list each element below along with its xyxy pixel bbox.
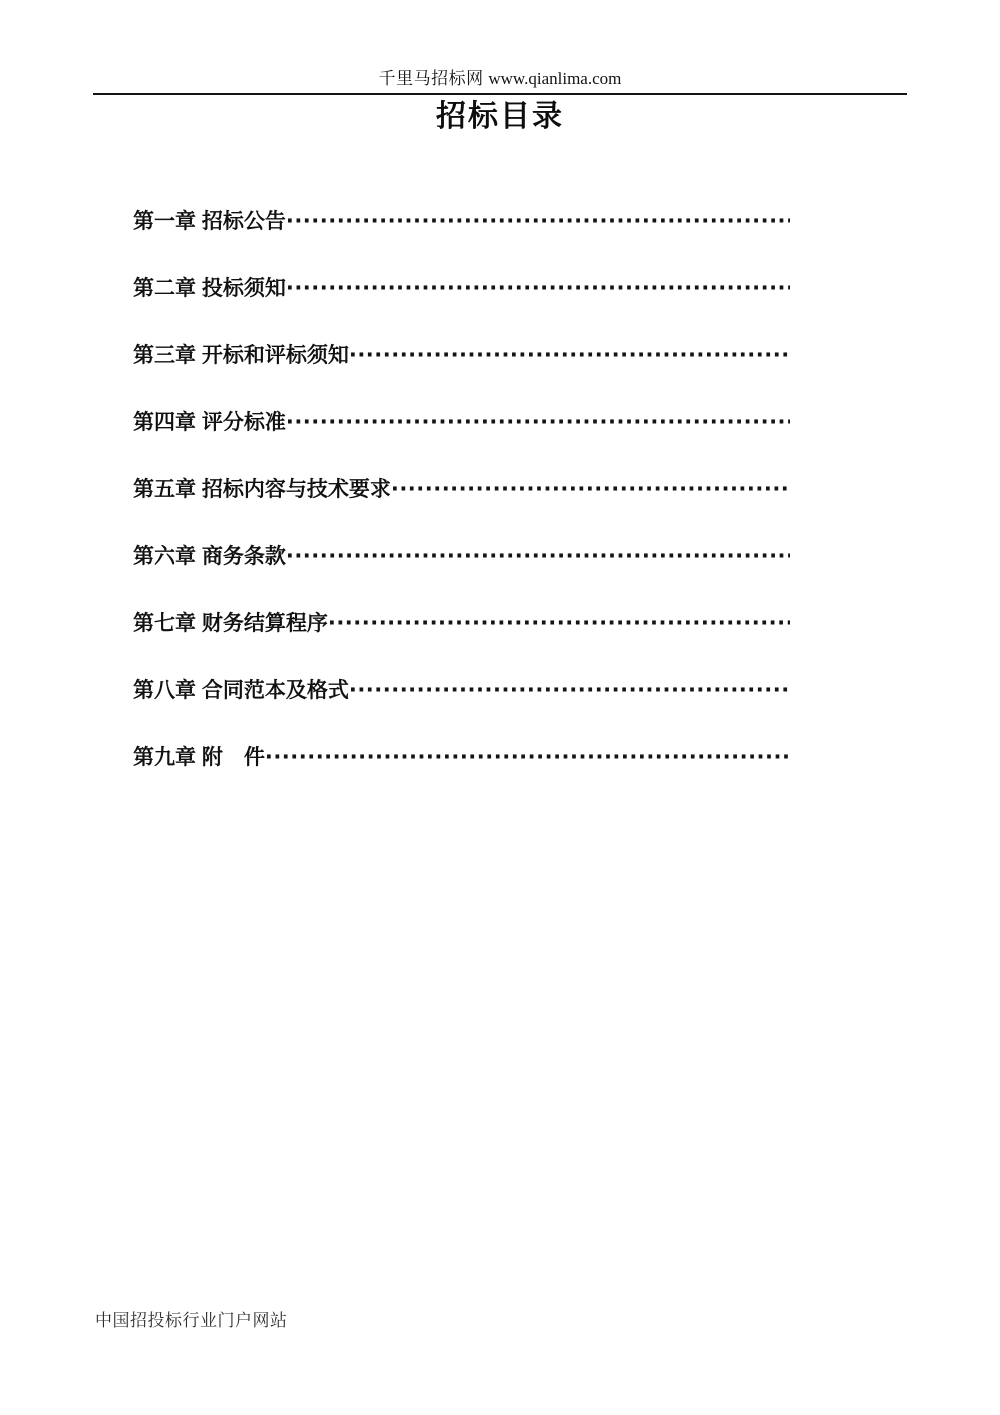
toc-entry-label: 第八章 合同范本及格式 <box>133 679 349 703</box>
toc-entry-label: 第二章 投标须知 <box>133 277 286 301</box>
toc-entry-chapter-5: 第五章 招标内容与技术要求 ··························… <box>133 477 790 501</box>
toc-entry-chapter-2: 第二章 投标须知 ·······························… <box>133 276 790 300</box>
toc-dot-leader: ········································… <box>286 209 790 233</box>
toc-entry-label: 第五章 招标内容与技术要求 <box>133 478 391 502</box>
toc-entry-chapter-4: 第四章 评分标准 ·······························… <box>133 410 790 434</box>
toc-dot-leader: ········································… <box>286 544 790 568</box>
toc-entry-chapter-7: 第七章 财务结算程序 ·····························… <box>133 611 790 635</box>
toc-entry-chapter-9: 第九章 附 件 ································… <box>133 745 790 769</box>
header-divider <box>93 93 907 95</box>
toc-entry-label: 第九章 附 件 <box>133 746 265 770</box>
toc-dot-leader: ········································… <box>265 745 790 769</box>
document-page: 千里马招标网 www.qianlima.com 招标目录 第一章 招标公告 ··… <box>0 0 1000 1415</box>
toc-entry-chapter-1: 第一章 招标公告 ·······························… <box>133 209 790 233</box>
footer-site-description: 中国招投标行业门户网站 <box>95 1310 288 1332</box>
toc-dot-leader: ········································… <box>286 276 790 300</box>
table-of-contents: 第一章 招标公告 ·······························… <box>133 209 790 812</box>
toc-entry-label: 第一章 招标公告 <box>133 210 286 234</box>
toc-dot-leader: ········································… <box>286 410 790 434</box>
site-name: 千里马招标网 <box>379 69 484 88</box>
toc-entry-chapter-3: 第三章 开标和评标须知 ····························… <box>133 343 790 367</box>
toc-entry-label: 第四章 评分标准 <box>133 411 286 435</box>
page-title: 招标目录 <box>0 97 1000 137</box>
toc-dot-leader: ········································… <box>349 678 790 702</box>
toc-dot-leader: ········································… <box>328 611 790 635</box>
toc-entry-label: 第三章 开标和评标须知 <box>133 344 349 368</box>
toc-entry-chapter-6: 第六章 商务条款 ·······························… <box>133 544 790 568</box>
toc-dot-leader: ········································… <box>349 343 790 367</box>
toc-entry-chapter-8: 第八章 合同范本及格式 ····························… <box>133 678 790 702</box>
toc-entry-label: 第七章 财务结算程序 <box>133 612 328 636</box>
site-url: www.qianlima.com <box>488 69 621 88</box>
site-banner: 千里马招标网 www.qianlima.com <box>0 68 1000 90</box>
toc-dot-leader: ········································… <box>391 477 790 501</box>
toc-entry-label: 第六章 商务条款 <box>133 545 286 569</box>
